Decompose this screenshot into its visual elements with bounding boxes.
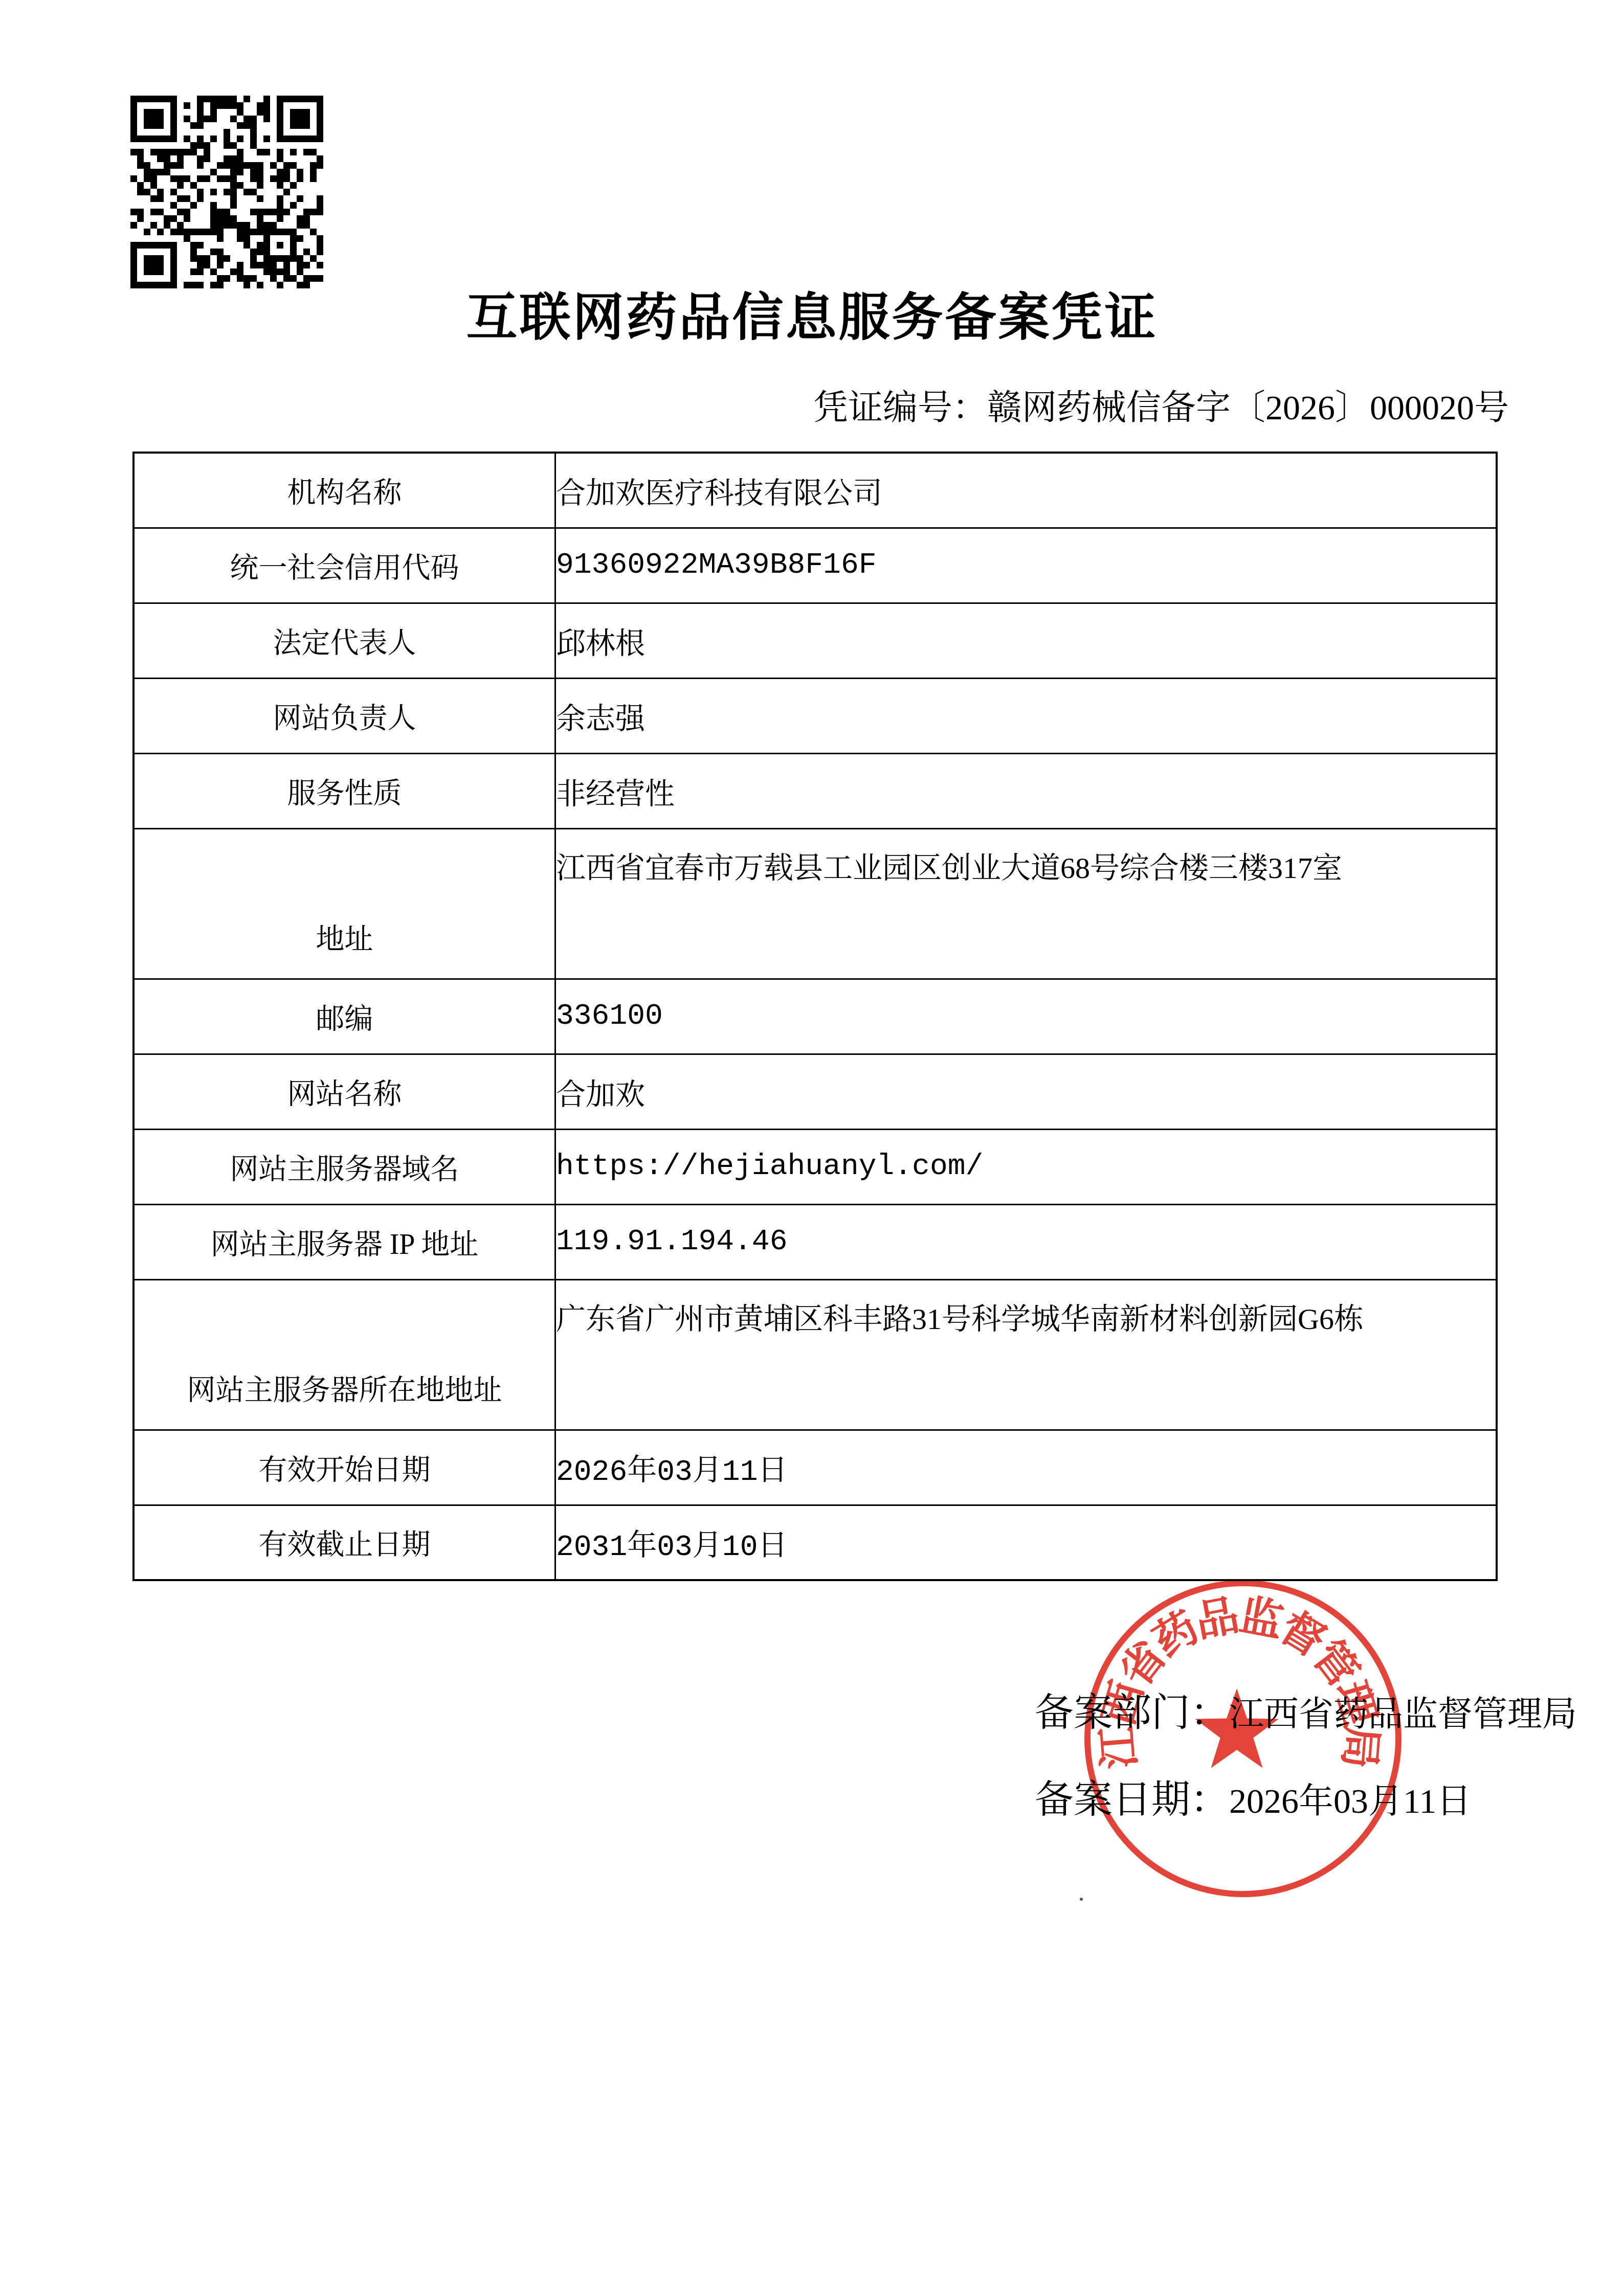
row-label: 网站主服务器 IP 地址 [134, 1204, 555, 1279]
table-row: 法定代表人 邱林根 [134, 603, 1497, 678]
table-row: 邮编 336100 [134, 979, 1497, 1054]
row-label: 法定代表人 [134, 603, 555, 678]
row-label: 网站负责人 [134, 678, 555, 753]
svg-text:江: 江 [1094, 1724, 1144, 1770]
certificate-page: 互联网药品信息服务备案凭证 凭证编号：赣网药械信备字〔2026〕000020号 … [0, 0, 1624, 2296]
row-label: 有效截止日期 [134, 1505, 555, 1580]
table-row: 服务性质 非经营性 [134, 753, 1497, 828]
cert-number-line: 凭证编号：赣网药械信备字〔2026〕000020号 [813, 388, 1509, 427]
row-value: 非经营性 [555, 753, 1497, 828]
qr-code-icon [130, 96, 323, 288]
row-value: 336100 [555, 979, 1497, 1054]
table-row: 统一社会信用代码 91360922MA39B8F16F [134, 528, 1497, 603]
row-value: https://hejiahuanyl.com/ [555, 1129, 1497, 1204]
table-row: 网站主服务器域名 https://hejiahuanyl.com/ [134, 1129, 1497, 1204]
table-row: 网站负责人 余志强 [134, 678, 1497, 753]
svg-text:局: 局 [1334, 1724, 1385, 1770]
official-seal: 江西省药品监督管理局 [1064, 1560, 1422, 1918]
row-value: 119.91.194.46 [555, 1204, 1497, 1279]
row-label: 有效开始日期 [134, 1430, 555, 1505]
row-label: 网站主服务器所在地地址 [134, 1279, 555, 1430]
row-value: 邱林根 [555, 603, 1497, 678]
row-label: 邮编 [134, 979, 555, 1054]
row-value: 2026年03月11日 [555, 1430, 1497, 1505]
row-value: 合加欢 [555, 1054, 1497, 1129]
row-value: 余志强 [555, 678, 1497, 753]
seal-star [1195, 1689, 1279, 1768]
cert-number-label: 凭证编号： [813, 388, 987, 427]
row-value: 广东省广州市黄埔区科丰路31号科学城华南新材料创新园G6栋 [555, 1279, 1497, 1430]
row-label: 网站主服务器域名 [134, 1129, 555, 1204]
row-label: 机构名称 [134, 453, 555, 528]
row-value: 江西省宜春市万载县工业园区创业大道68号综合楼三楼317室 [555, 828, 1497, 979]
svg-text:品: 品 [1192, 1592, 1243, 1647]
row-label: 网站名称 [134, 1054, 555, 1129]
info-table: 机构名称 合加欢医疗科技有限公司 统一社会信用代码 91360922MA39B8… [132, 452, 1498, 1581]
table-row: 有效开始日期 2026年03月11日 [134, 1430, 1497, 1505]
row-label: 地址 [134, 828, 555, 979]
row-value: 91360922MA39B8F16F [555, 528, 1497, 603]
table-row: 网站名称 合加欢 [134, 1054, 1497, 1129]
row-label: 服务性质 [134, 753, 555, 828]
row-label: 统一社会信用代码 [134, 528, 555, 603]
ink-dot [1080, 1898, 1083, 1901]
row-value: 合加欢医疗科技有限公司 [555, 453, 1497, 528]
table-row: 网站主服务器 IP 地址 119.91.194.46 [134, 1204, 1497, 1279]
table-row: 地址 江西省宜春市万载县工业园区创业大道68号综合楼三楼317室 [134, 828, 1497, 979]
page-title: 互联网药品信息服务备案凭证 [0, 292, 1624, 344]
table-row: 网站主服务器所在地地址 广东省广州市黄埔区科丰路31号科学城华南新材料创新园G6… [134, 1279, 1497, 1430]
table-row: 机构名称 合加欢医疗科技有限公司 [134, 453, 1497, 528]
cert-number-value: 赣网药械信备字〔2026〕000020号 [987, 388, 1509, 427]
